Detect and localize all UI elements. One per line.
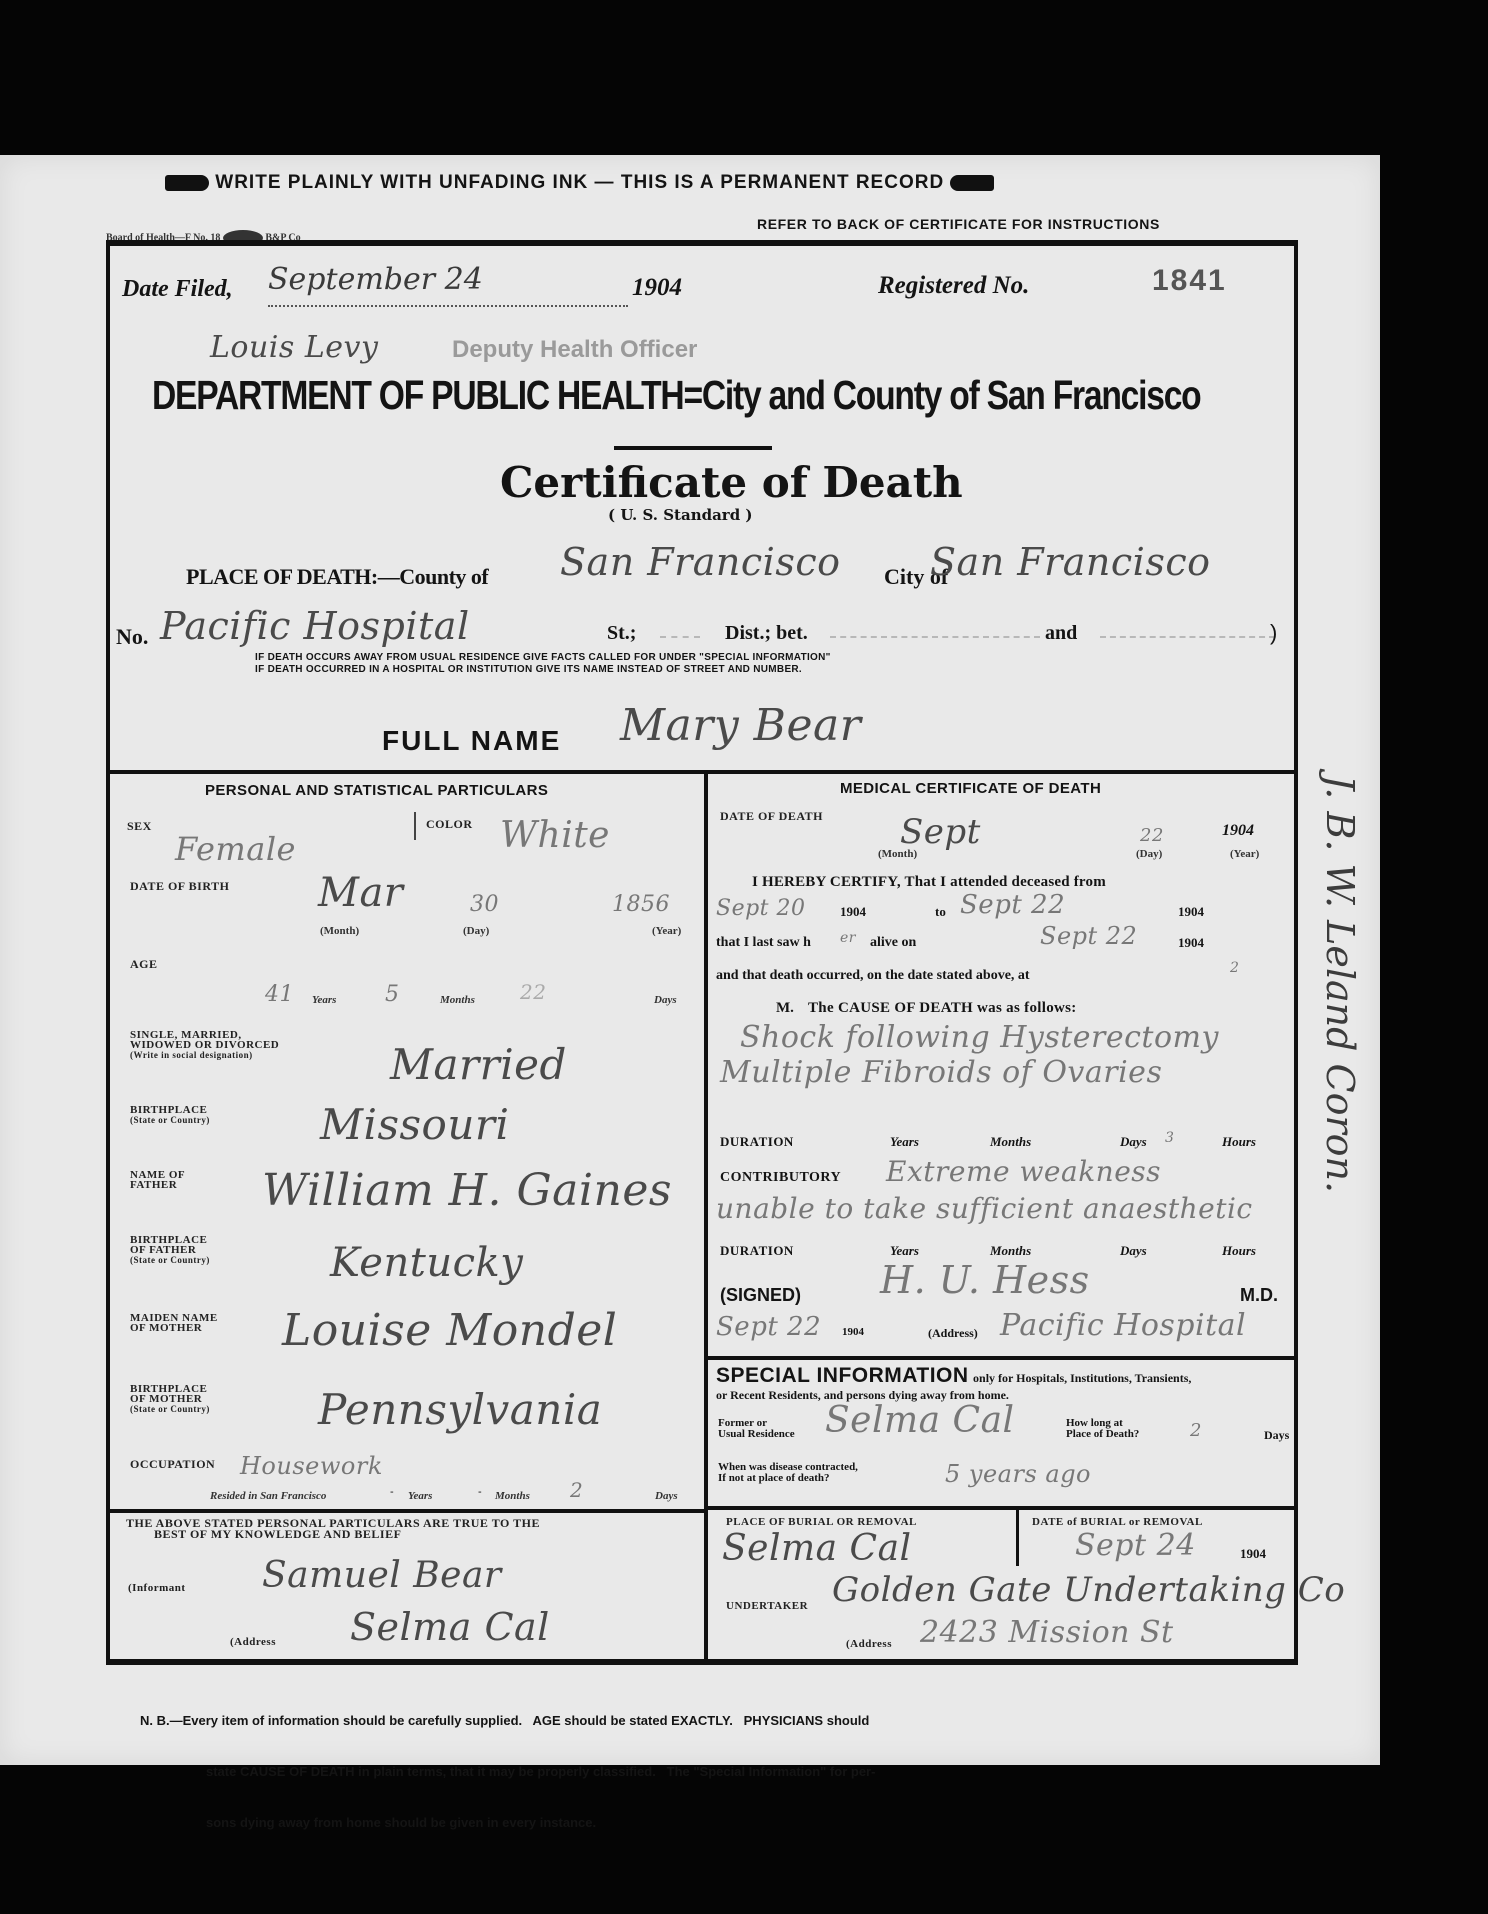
resided-months-label: Months bbox=[495, 1490, 530, 1502]
signed-year: 1904 bbox=[842, 1326, 864, 1338]
undertaker-address-value: 2423 Mission St bbox=[920, 1615, 1174, 1650]
dob-month-sub: (Month) bbox=[320, 925, 359, 937]
duration-years-label: Years bbox=[890, 1134, 919, 1150]
medical-address-label: (Address) bbox=[928, 1326, 978, 1341]
district-line bbox=[830, 636, 1040, 638]
contracted-label: When was disease contracted, If not at p… bbox=[718, 1462, 858, 1484]
resided-days-label: Days bbox=[655, 1490, 678, 1502]
title-rule bbox=[614, 446, 772, 450]
m-label: M. bbox=[776, 1000, 794, 1017]
mother-birthplace-label: BIRTHPLACE OF MOTHER (State or Country) bbox=[130, 1384, 210, 1414]
cause-label: The CAUSE OF DEATH was as follows: bbox=[808, 1000, 1077, 1017]
street-label: St.; bbox=[607, 622, 636, 645]
full-name-value: Mary Bear bbox=[620, 700, 861, 751]
full-name-label: FULL NAME bbox=[382, 725, 561, 757]
age-days-label: Days bbox=[654, 994, 677, 1006]
medical-address-value: Pacific Hospital bbox=[1000, 1308, 1246, 1343]
duration-days-label: Days bbox=[1120, 1134, 1147, 1150]
contributory-line-1: Extreme weakness bbox=[886, 1155, 1161, 1188]
dob-day-sub: (Day) bbox=[463, 925, 489, 937]
date-filed-label: Date Filed, bbox=[122, 276, 233, 303]
informant-divider bbox=[106, 1509, 706, 1513]
personal-heading: PERSONAL AND STATISTICAL PARTICULARS bbox=[205, 782, 548, 799]
father-label: NAME OF FATHER bbox=[130, 1170, 185, 1190]
department-title: DEPARTMENT OF PUBLIC HEALTH=City and Cou… bbox=[152, 372, 1200, 419]
contributory-label: CONTRIBUTORY bbox=[720, 1170, 841, 1186]
alive-on-label: alive on bbox=[870, 935, 916, 951]
undertaker-value: Golden Gate Undertaking Co bbox=[832, 1570, 1345, 1610]
date-filed-year: 1904 bbox=[632, 274, 682, 302]
last-saw-text: that I last saw h bbox=[716, 935, 811, 951]
informant-value: Samuel Bear bbox=[262, 1555, 502, 1596]
former-residence-label: Former or Usual Residence bbox=[718, 1418, 795, 1440]
death-occurred-text: and that death occurred, on the date sta… bbox=[716, 968, 1030, 984]
color-label: COLOR bbox=[426, 818, 473, 830]
burial-date-value: Sept 24 bbox=[1075, 1528, 1196, 1563]
duration2-days-label: Days bbox=[1120, 1243, 1147, 1259]
close-paren: ) bbox=[1270, 620, 1277, 646]
to-label: to bbox=[935, 904, 946, 920]
resided-years-label: Years bbox=[408, 1490, 432, 1502]
birthplace-label: BIRTHPLACE (State or Country) bbox=[130, 1105, 210, 1125]
dob-year: 1856 bbox=[612, 892, 670, 917]
how-long-days-label: Days bbox=[1264, 1428, 1289, 1443]
informant-statement: THE ABOVE STATED PERSONAL PARTICULARS AR… bbox=[126, 1518, 540, 1540]
contracted-value: 5 years ago bbox=[945, 1460, 1091, 1488]
hospital-value: Pacific Hospital bbox=[160, 604, 470, 648]
registered-number: 1841 bbox=[1152, 264, 1227, 298]
and-line bbox=[1100, 636, 1275, 638]
father-birthplace-label: BIRTHPLACE OF FATHER (State or Country) bbox=[130, 1235, 210, 1265]
sex-label: SEX bbox=[127, 820, 152, 832]
dod-year: 1904 bbox=[1222, 822, 1254, 840]
undertaker-address-label: (Address bbox=[846, 1638, 892, 1650]
marital-label: SINGLE, MARRIED, WIDOWED OR DIVORCED (Wr… bbox=[130, 1030, 279, 1060]
sex-color-divider bbox=[414, 812, 416, 840]
age-days: 22 bbox=[520, 980, 546, 1004]
contributory-line-2: unable to take sufficient anaesthetic bbox=[716, 1192, 1253, 1225]
dob-label: DATE OF BIRTH bbox=[130, 880, 229, 892]
resided-days: 2 bbox=[570, 1478, 583, 1502]
mother-birthplace-value: Pennsylvania bbox=[318, 1385, 602, 1434]
marital-value: Married bbox=[390, 1040, 567, 1089]
duration-label: DURATION bbox=[720, 1134, 794, 1150]
pointing-hand-icon bbox=[165, 175, 209, 191]
date-of-death-label: DATE OF DEATH bbox=[720, 810, 823, 822]
dod-month-sub: (Month) bbox=[878, 848, 917, 860]
special-heading: SPECIAL INFORMATION only for Hospitals, … bbox=[716, 1364, 1191, 1388]
duration-days: 3 bbox=[1165, 1130, 1174, 1146]
father-birthplace-value: Kentucky bbox=[330, 1240, 523, 1286]
undertaker-label: UNDERTAKER bbox=[726, 1600, 808, 1612]
age-months: 5 bbox=[385, 982, 400, 1007]
birthplace-value: Missouri bbox=[320, 1100, 509, 1149]
no-label: No. bbox=[116, 624, 148, 650]
burial-place-value: Selma Cal bbox=[722, 1528, 912, 1569]
occupation-label: OCCUPATION bbox=[130, 1458, 215, 1470]
dob-month: Mar bbox=[318, 870, 403, 916]
sex-value: Female bbox=[175, 830, 296, 868]
informant-label: (Informant bbox=[128, 1582, 186, 1594]
duration2-months-label: Months bbox=[990, 1243, 1031, 1259]
cause-line-1: Shock following Hysterectomy bbox=[740, 1020, 1219, 1055]
column-divider bbox=[704, 772, 708, 1665]
burial-divider bbox=[706, 1506, 1298, 1510]
how-long-value: 2 bbox=[1190, 1420, 1202, 1441]
father-value: William H. Gaines bbox=[262, 1165, 672, 1216]
dod-year-sub: (Year) bbox=[1230, 848, 1259, 860]
signed-label: (SIGNED) bbox=[720, 1285, 801, 1306]
age-months-label: Months bbox=[440, 994, 475, 1006]
informant-address-value: Selma Cal bbox=[350, 1605, 550, 1649]
duration2-years-label: Years bbox=[890, 1243, 919, 1259]
officer-signature: Louis Levy bbox=[210, 330, 378, 365]
attended-to-year: 1904 bbox=[1178, 904, 1204, 920]
certify-text: I HEREBY CERTIFY, That I attended deceas… bbox=[752, 874, 1106, 891]
informant-address-label: (Address bbox=[230, 1636, 276, 1648]
attended-from-year: 1904 bbox=[840, 904, 866, 920]
duration2-label: DURATION bbox=[720, 1243, 794, 1259]
color-value: White bbox=[500, 815, 610, 856]
burial-date-year: 1904 bbox=[1240, 1546, 1266, 1562]
dod-day: 22 bbox=[1140, 825, 1164, 846]
certificate-title: Certificate of Death bbox=[500, 458, 963, 507]
duration2-hours-label: Hours bbox=[1222, 1243, 1256, 1259]
date-filed-line bbox=[268, 305, 628, 307]
officer-title: Deputy Health Officer bbox=[452, 336, 697, 364]
special-divider bbox=[706, 1356, 1298, 1360]
occupation-value: Housework bbox=[240, 1452, 383, 1480]
attended-to: Sept 22 bbox=[960, 890, 1065, 920]
burial-place-label: PLACE OF BURIAL OR REMOVAL bbox=[726, 1516, 917, 1528]
medical-heading: MEDICAL CERTIFICATE OF DEATH bbox=[840, 780, 1101, 797]
place-of-death-label: PLACE OF DEATH:—County of bbox=[186, 564, 488, 590]
section-divider bbox=[106, 770, 1298, 774]
how-long-label: How long at Place of Death? bbox=[1066, 1418, 1139, 1440]
signed-date: Sept 22 bbox=[716, 1312, 821, 1342]
mother-label: MAIDEN NAME OF MOTHER bbox=[130, 1313, 218, 1333]
age-years: 41 bbox=[265, 982, 294, 1007]
resided-months: - bbox=[478, 1486, 482, 1498]
dob-year-sub: (Year) bbox=[652, 925, 681, 937]
burial-col-divider bbox=[1016, 1510, 1019, 1566]
warning-header: WRITE PLAINLY WITH UNFADING INK — THIS I… bbox=[165, 172, 994, 194]
standard-subtitle: ( U. S. Standard ) bbox=[608, 506, 753, 524]
dod-day-sub: (Day) bbox=[1136, 848, 1162, 860]
street-line bbox=[660, 636, 700, 638]
death-time: 2 bbox=[1230, 960, 1239, 976]
age-years-label: Years bbox=[312, 994, 336, 1006]
refer-instructions: REFER TO BACK OF CERTIFICATE FOR INSTRUC… bbox=[757, 216, 1160, 232]
age-label: AGE bbox=[130, 958, 158, 970]
last-saw-pronoun: er bbox=[840, 930, 856, 946]
county-value: San Francisco bbox=[560, 540, 841, 584]
md-label: M.D. bbox=[1240, 1285, 1278, 1306]
resided-label: Resided in San Francisco bbox=[210, 1490, 326, 1502]
burial-date-label: DATE of BURIAL or REMOVAL bbox=[1032, 1516, 1203, 1528]
city-value: San Francisco bbox=[930, 540, 1211, 584]
last-saw-year: 1904 bbox=[1178, 935, 1204, 951]
and-label: and bbox=[1045, 622, 1077, 645]
pointing-hand-icon bbox=[950, 175, 994, 191]
nb-footer: N. B.—Every item of information should b… bbox=[140, 1678, 875, 1848]
place-note: IF DEATH OCCURS AWAY FROM USUAL RESIDENC… bbox=[255, 652, 831, 676]
dob-day: 30 bbox=[470, 892, 499, 917]
duration-months-label: Months bbox=[990, 1134, 1031, 1150]
former-residence-value: Selma Cal bbox=[825, 1400, 1015, 1441]
resided-years: - bbox=[390, 1486, 394, 1498]
attended-from: Sept 20 bbox=[716, 896, 806, 921]
coroner-margin-note: J. B. W. Leland Coron. bbox=[1318, 775, 1362, 1193]
dod-month: Sept bbox=[900, 812, 981, 852]
signed-value: H. U. Hess bbox=[880, 1258, 1090, 1302]
duration-hours-label: Hours bbox=[1222, 1134, 1256, 1150]
district-label: Dist.; bet. bbox=[725, 622, 808, 645]
cause-line-2: Multiple Fibroids of Ovaries bbox=[720, 1055, 1162, 1090]
mother-value: Louise Mondel bbox=[282, 1305, 617, 1356]
registered-label: Registered No. bbox=[878, 272, 1029, 300]
date-filed-value: September 24 bbox=[268, 262, 483, 297]
last-saw-date: Sept 22 bbox=[1040, 922, 1137, 950]
